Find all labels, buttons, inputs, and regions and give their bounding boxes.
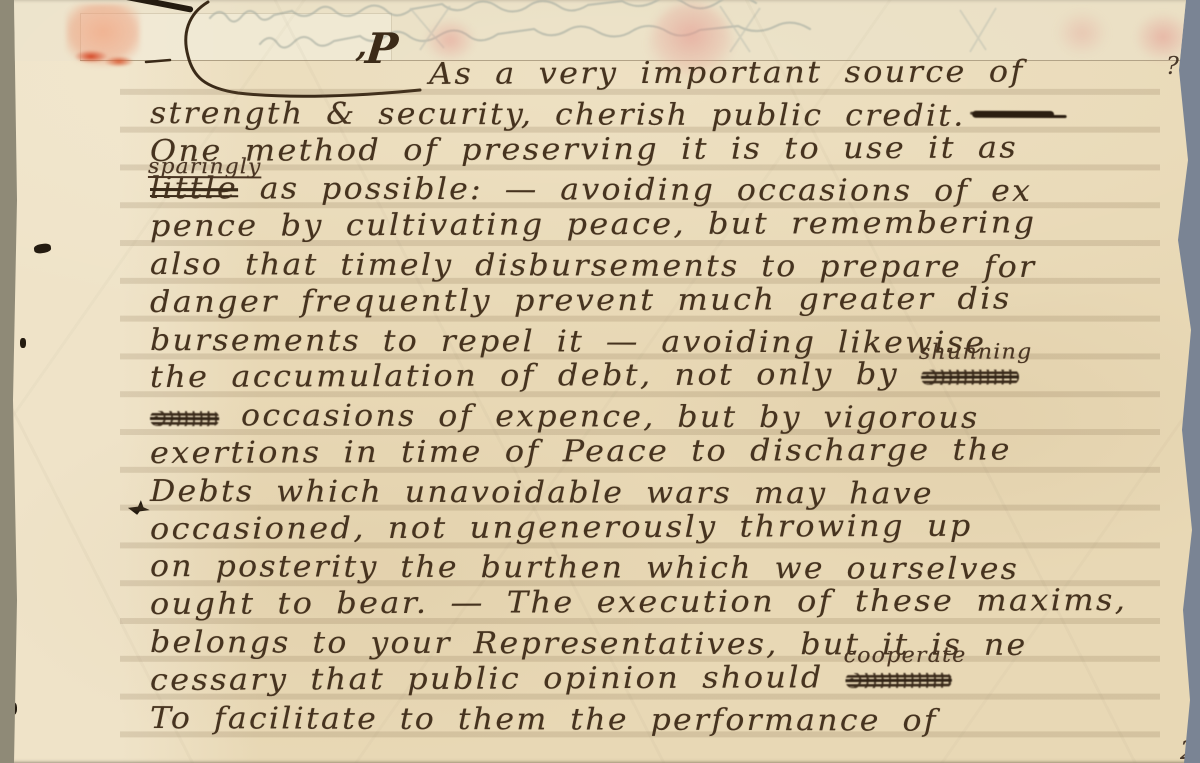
inserted-word: cooperate xyxy=(843,644,966,665)
ink-mark xyxy=(127,499,150,516)
inserted-word: sparingly xyxy=(148,156,262,178)
manuscript-page: P ? 2 As a very important source ofstren… xyxy=(0,0,1200,763)
manuscript-text-segment: ought to bear. — The execution of these … xyxy=(150,583,1127,622)
manuscript-line: the accumulation of debt, not only by sh… xyxy=(150,356,1200,398)
ink-mark xyxy=(8,702,17,715)
scanned-document: P ? 2 As a very important source ofstren… xyxy=(0,0,1200,763)
manuscript-text-segment: cessary that public opinion should xyxy=(150,660,846,698)
revision-group: shunning xyxy=(921,357,1019,392)
manuscript-text-segment: pence by cultivating peace, but remember… xyxy=(150,206,1037,245)
manuscript-text-segment: occasions of expence, but by vigorous xyxy=(219,398,979,436)
revision-group: sparinglylittle xyxy=(150,171,238,206)
manuscript-line: cessary that public opinion should coope… xyxy=(150,658,1200,700)
manuscript-line: ought to bear. — The execution of these … xyxy=(150,583,1200,625)
scribbled-out-word xyxy=(150,411,219,426)
scribbled-out-word xyxy=(846,672,953,687)
manuscript-line: pence by cultivating peace, but remember… xyxy=(150,205,1200,247)
manuscript-text-segment: the accumulation of debt, not only by xyxy=(150,357,921,395)
manuscript-line: exertions in time of Peace to discharge … xyxy=(150,431,1200,473)
manuscript-line: occasioned, not ungenerously throwing up xyxy=(150,507,1200,549)
manuscript-text-segment: strength & security, cherish public cred… xyxy=(150,96,966,134)
ink-dash-blot xyxy=(972,111,1054,118)
manuscript-text-segment: danger frequently prevent much greater d… xyxy=(150,281,1012,320)
manuscript-text-segment: As a very important source of xyxy=(429,54,1025,91)
manuscript-text-segment: One method of preserving it is to use it… xyxy=(150,130,1018,169)
manuscript-text-segment: exertions in time of Peace to discharge … xyxy=(150,432,1012,471)
manuscript-text-segment: as possible: — avoiding occasions of ex xyxy=(238,172,1032,210)
scribbled-out-word xyxy=(921,370,1019,385)
manuscript-line: To facilitate to them the performance of xyxy=(150,701,1200,742)
ink-mark xyxy=(20,338,26,348)
revision-group: cooperate xyxy=(846,659,953,694)
manuscript-text-segment: bursements to repel it — avoiding likewi… xyxy=(150,323,986,361)
manuscript-text-segment: occasioned, not ungenerously throwing up xyxy=(150,508,973,546)
manuscript-line: danger frequently prevent much greater d… xyxy=(150,280,1200,322)
inserted-word: shunning xyxy=(919,342,1033,362)
manuscript-line: As a very important source of xyxy=(150,53,1200,95)
manuscript-text: As a very important source ofstrength & … xyxy=(150,58,1200,738)
ink-mark xyxy=(33,243,51,254)
manuscript-text-segment: Debts which unavoidable wars may have xyxy=(150,474,934,512)
manuscript-text-segment: on posterity the burthen which we oursel… xyxy=(150,549,1019,587)
manuscript-text-segment: also that timely disbursements to prepar… xyxy=(150,247,1037,285)
manuscript-text-segment: To facilitate to them the performance of xyxy=(150,701,938,739)
manuscript-line: One method of preserving it is to use it… xyxy=(150,129,1200,171)
